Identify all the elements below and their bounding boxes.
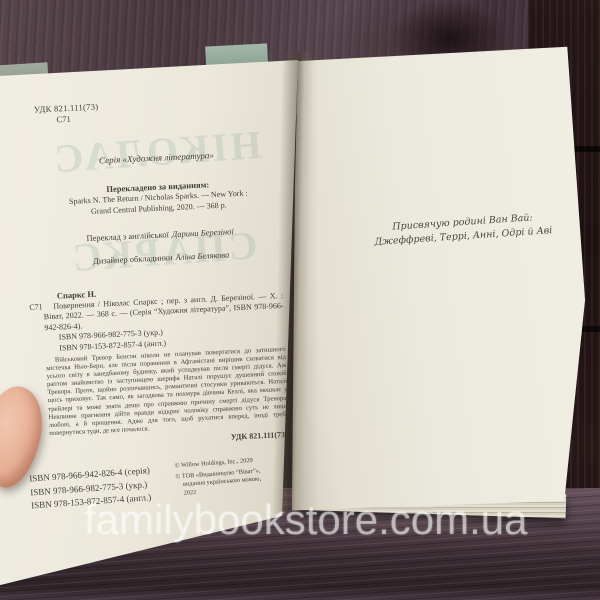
isbn-list: ISBN 978-966-942-826-4 (серія) ISBN 978-… [29,463,169,513]
copyright-list: © Willow Holdings, Inc., 2020 © ТОВ «Вид… [175,456,276,503]
book-annotation: Військовий Тревор Бенсон ніколи не плану… [46,346,290,438]
catalog-card-block: Спаркс Н. С71 Повернення / Ніколас Спарк… [43,280,286,354]
series-line: Серія «Художня література» [36,147,276,169]
udc-block: УДК 821.111(73) С71 [34,93,275,126]
copyright-page-content: УДК 821.111(73) С71 Серія «Художня літер… [0,60,316,453]
translator-prefix: Переклад з англійської [86,229,169,243]
right-page-dedication: Присвячую родині Ван Вай: Джеффреві, Тер… [292,42,588,520]
designer-credit: Дизайнер обкладинкиАліна Белякова [41,247,281,269]
catalog-code: С71 [29,302,43,313]
dedication-text: Присвячую родині Ван Вай: Джеффреві, Тер… [371,210,554,250]
designer-prefix: Дизайнер обкладинки [93,252,173,266]
source-edition-block: Перекладено за виданням: Sparks N. The R… [38,176,279,219]
designer-name: Аліна Белякова [175,249,229,262]
copyright-vivat: © ТОВ «Видавництво “Віват”», видання укр… [175,466,275,499]
left-page-copyright: НІКОЛАС СПАРКС УДК 821.111(73) С71 Серія… [0,60,298,590]
translator-name: Дарини Березіної [172,226,234,239]
translator-credit: Переклад з англійськоїДарини Березіної [40,224,280,246]
book-photo-scene: Присвячую родині Ван Вай: Джеффреві, Тер… [0,0,600,600]
isbn-copyright-block: ISBN 978-966-942-826-4 (серія) ISBN 978-… [29,456,275,513]
